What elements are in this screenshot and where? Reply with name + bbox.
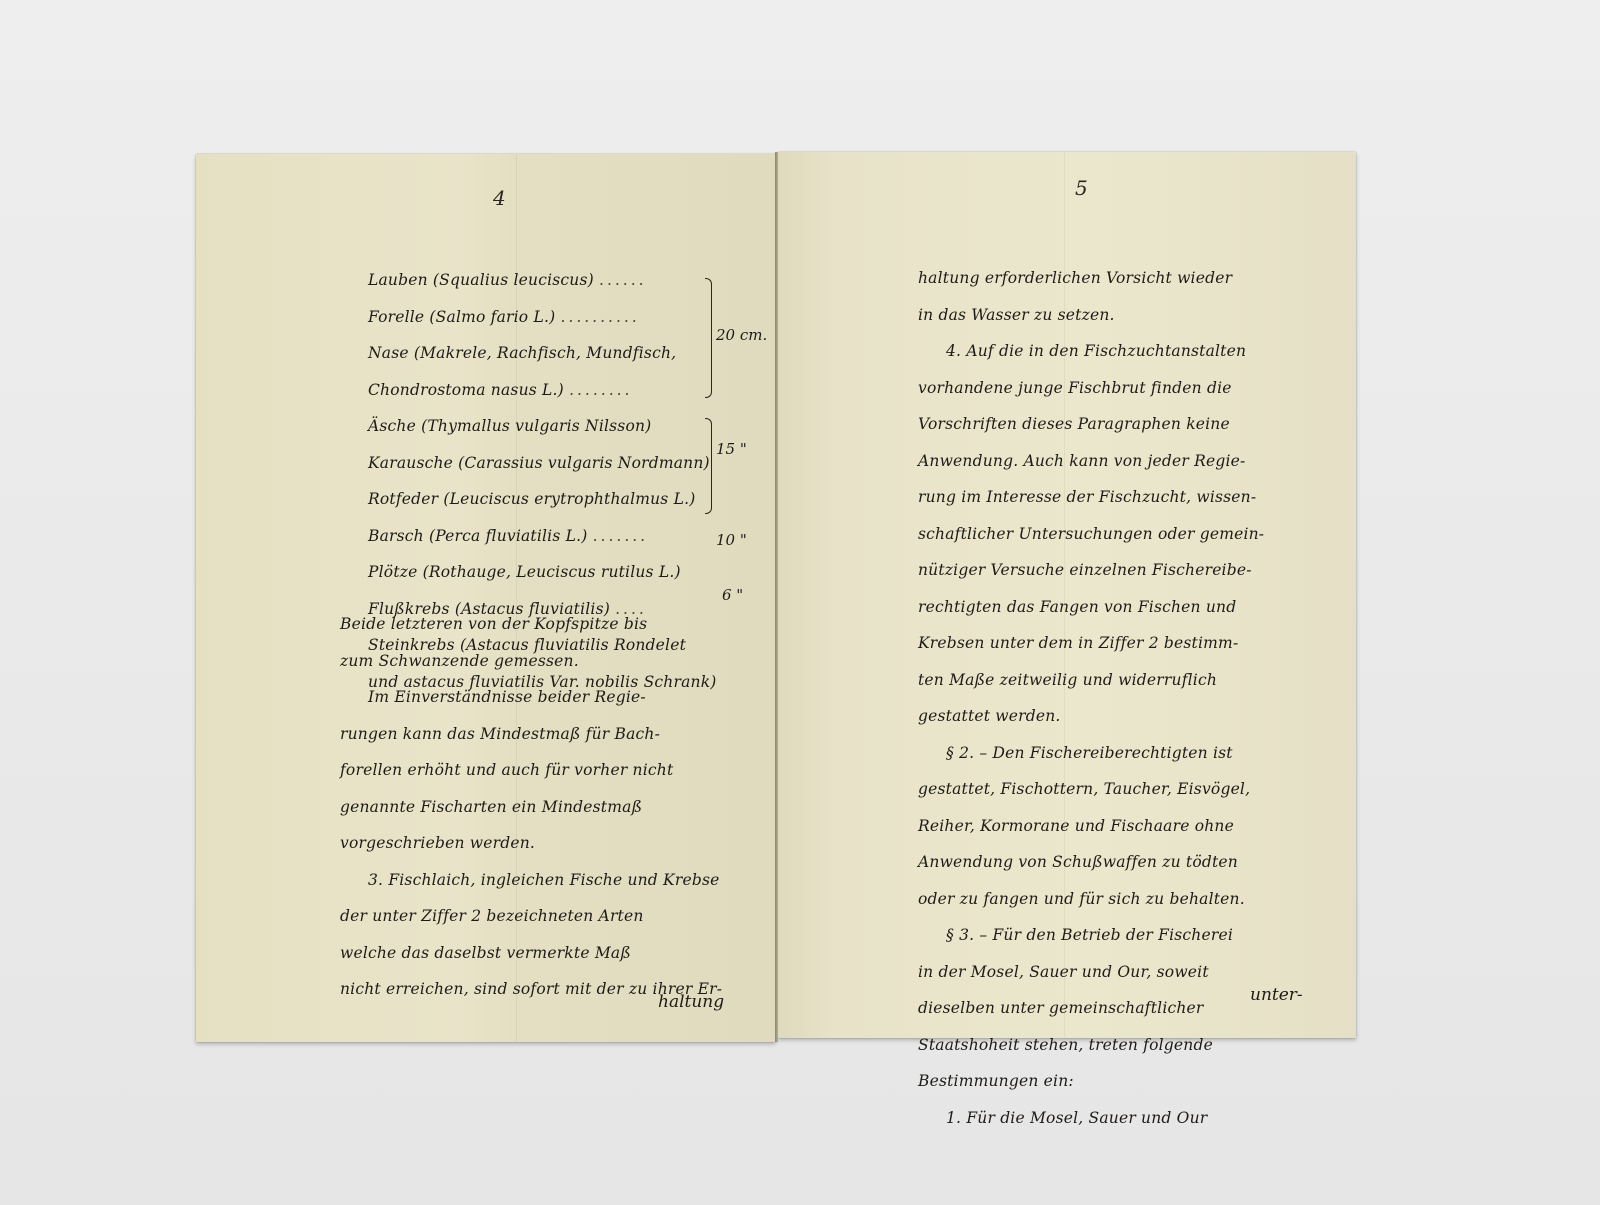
right-body-text: haltung erforderlichen Vorsicht wieder i… (918, 260, 1264, 1136)
species-row: Karausche (Carassius vulgaris Nordmann) (368, 445, 717, 482)
species-row: Forelle (Salmo fario L.) .......... (368, 299, 717, 336)
species-row: Äsche (Thymallus vulgaris Nilsson) (368, 408, 717, 445)
text-line: der unter Ziffer 2 bezeichneten Arten (340, 898, 722, 935)
text-line: 4. Auf die in den Fischzuchtanstalten (918, 333, 1264, 370)
size-value: 6 " (722, 586, 743, 604)
brace-label: 20 cm. (716, 326, 767, 344)
text-line: 3. Fischlaich, ingleichen Fische und Kre… (340, 862, 722, 899)
page-number-left: 4 (493, 186, 506, 210)
text-line: vorhandene junge Fischbrut finden die (918, 370, 1264, 407)
species-row: Chondrostoma nasus L.) ........ (368, 372, 717, 409)
brace-bracket (705, 418, 712, 514)
species-row: Lauben (Squalius leuciscus) ...... (368, 262, 717, 299)
left-body-text: Beide letzteren von der Kopfspitze bis z… (340, 606, 722, 1008)
text-line: ten Maße zeitweilig und widerruflich (918, 662, 1264, 699)
text-line: dieselben unter gemeinschaftlicher (918, 990, 1264, 1027)
text-line: Anwendung. Auch kann von jeder Regie- (918, 443, 1264, 480)
species-row: Rotfeder (Leuciscus erytrophthalmus L.) (368, 481, 717, 518)
text-line: welche das daselbst vermerkte Maß (340, 935, 722, 972)
text-line: Staatshoheit stehen, treten folgende (918, 1027, 1264, 1064)
book-gutter (775, 152, 778, 1042)
text-line: in das Wasser zu setzen. (918, 297, 1264, 334)
text-line: forellen erhöht und auch für vorher nich… (340, 752, 722, 789)
brace-label: 15 " (716, 440, 747, 458)
text-line: genannte Fischarten ein Mindestmaß (340, 789, 722, 826)
text-line: vorgeschrieben werden. (340, 825, 722, 862)
text-line: in der Mosel, Sauer und Our, soweit (918, 954, 1264, 991)
text-line: haltung erforderlichen Vorsicht wieder (918, 260, 1264, 297)
text-line: rung im Interesse der Fischzucht, wissen… (918, 479, 1264, 516)
species-row: Barsch (Perca fluviatilis L.) ....... (368, 518, 717, 555)
text-line: Beide letzteren von der Kopfspitze bis (340, 606, 722, 643)
text-line: § 2. – Den Fischereiberechtigten ist (918, 735, 1264, 772)
text-line: Anwendung von Schußwaffen zu tödten (918, 844, 1264, 881)
text-line: Im Einverständnisse beider Regie- (340, 679, 722, 716)
text-line: Bestimmungen ein: (918, 1063, 1264, 1100)
size-value: 10 " (716, 531, 747, 549)
catchword-right: unter- (1250, 985, 1303, 1005)
text-line: oder zu fangen und für sich zu behalten. (918, 881, 1264, 918)
text-line: zum Schwanzende gemessen. (340, 643, 722, 680)
text-line: rungen kann das Mindestmaß für Bach- (340, 716, 722, 753)
text-line: 1. Für die Mosel, Sauer und Our (918, 1100, 1264, 1137)
text-line: nütziger Versuche einzelnen Fischereibe- (918, 552, 1264, 589)
brace-bracket (705, 278, 712, 398)
text-line: gestattet werden. (918, 698, 1264, 735)
text-line: rechtigten das Fangen von Fischen und (918, 589, 1264, 626)
text-line: § 3. – Für den Betrieb der Fischerei (918, 917, 1264, 954)
catchword-left: haltung (658, 992, 724, 1012)
text-line: Krebsen unter dem in Ziffer 2 bestimm- (918, 625, 1264, 662)
species-row: Nase (Makrele, Rachfisch, Mundfisch, (368, 335, 717, 372)
text-line: schaftlicher Untersuchungen oder gemein- (918, 516, 1264, 553)
text-line: Vorschriften dieses Paragraphen keine (918, 406, 1264, 443)
text-line: gestattet, Fischottern, Taucher, Eisvöge… (918, 771, 1264, 808)
page-number-right: 5 (1075, 176, 1088, 200)
text-line: Reiher, Kormorane und Fischaare ohne (918, 808, 1264, 845)
species-row: Plötze (Rothauge, Leuciscus rutilus L.) (368, 554, 717, 591)
